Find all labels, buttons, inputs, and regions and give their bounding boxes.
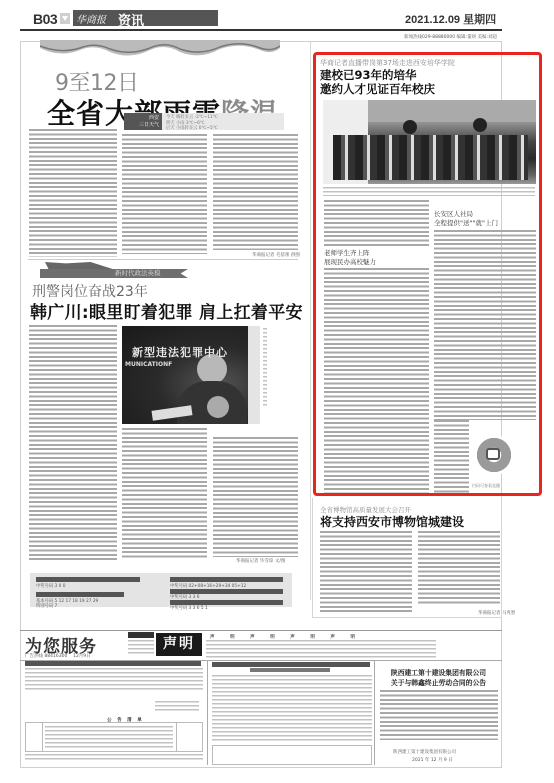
weather-forecast-label: 西安三日天气 <box>124 113 162 130</box>
right-notice-title-line: 关于与韩鑫终止劳动合同的公告 <box>376 678 501 688</box>
masthead-rule <box>20 29 502 31</box>
weather-byline: 华商报记者 毛蓓蕾 供图 <box>252 252 300 258</box>
school-subhead-1: 老师学生齐上阵展现民办高校魅力 <box>324 249 376 267</box>
ad-hotline-number: 广告热线 88416300 <box>25 654 67 659</box>
right-notice-company: 陕西建工第十建设集团有限公司 <box>393 749 456 755</box>
lottery-value: 中奖号码 3 3 6 5 1 <box>170 605 208 611</box>
statement-badge: 声明 <box>156 633 202 656</box>
police-photo <box>122 326 257 424</box>
police-body-col3 <box>213 437 298 557</box>
section-divider <box>28 259 298 260</box>
qr-caption: 扫码可查看直播 <box>472 483 500 489</box>
ad-hotline: 广告热线 88416300 12月9日 <box>25 653 91 659</box>
ad-column-divider <box>207 660 208 765</box>
school-body-col1b <box>324 268 429 493</box>
page-number: B03 <box>33 11 57 27</box>
lottery-title-bar <box>36 592 124 597</box>
paper-logo: 华商报 <box>76 11 106 26</box>
ad-column-divider <box>374 660 375 765</box>
ad-date: 12月9日 <box>73 654 91 659</box>
photo-background <box>248 326 260 424</box>
school-kicker: 华商记者直播带岗第37场走进西安培华学院 <box>320 58 455 68</box>
section-title: 资讯 <box>118 10 144 29</box>
left-notice-signature-lines <box>155 701 199 713</box>
group-photo <box>323 100 536 184</box>
police-body-col1 <box>29 325 117 560</box>
notice-table <box>25 722 203 752</box>
triangle-icon <box>60 13 70 24</box>
school-title-line2: 邀约人才见证百年校庆 <box>320 82 435 96</box>
weather-body-col3 <box>213 134 298 250</box>
school-photo-caption <box>323 187 535 196</box>
left-notice-title-bar <box>25 661 201 666</box>
lottery-value-extra: 特别号码 7 <box>36 603 57 609</box>
middle-notice-subtitle-bar <box>250 668 330 672</box>
subhead-line: 展现民办高校魅力 <box>324 258 376 267</box>
lottery-title-bar <box>170 589 283 594</box>
middle-notice-title-bar <box>212 662 370 667</box>
weather-body-col2 <box>122 134 207 254</box>
weather-body-col1 <box>29 129 117 257</box>
news-hotline: 新闻热线029-88880000 编辑:董妍 美编:刘超 <box>404 34 497 40</box>
subhead-line: 老师学生齐上阵 <box>324 249 376 258</box>
police-photo-caption <box>263 328 267 408</box>
tv-icon <box>486 448 500 460</box>
subhead-line: 全程提供"送""就"上门 <box>434 219 498 228</box>
right-notice-date: 2021 年 12 月 9 日 <box>412 757 453 763</box>
police-body-col2 <box>122 428 207 560</box>
small-ad-body <box>128 640 154 656</box>
right-notice-title: 陕西建工第十建设集团有限公司关于与韩鑫终止劳动合同的公告 <box>376 668 501 688</box>
issue-date: 2021.12.09 星期四 <box>405 11 496 27</box>
left-notice-footer <box>25 754 203 762</box>
section-ribbon <box>40 269 188 278</box>
museum-frame <box>312 498 502 618</box>
forecast-row: 后天 小雨转多云 0℃~5℃ <box>166 125 218 131</box>
police-byline: 华商报记者 毕雪琼 文/图 <box>236 558 285 564</box>
small-ad-header <box>128 632 154 638</box>
lottery-title-bar <box>170 600 283 605</box>
school-body-col2b <box>434 420 469 495</box>
photo-sign-en: MUNICATIONF <box>125 361 172 368</box>
photo-sign-text: 新型违法犯罪中心 <box>132 344 228 360</box>
lottery-title-bar <box>170 577 283 582</box>
subhead-line: 长安区人社局 <box>434 210 498 219</box>
middle-notice-body <box>212 675 372 743</box>
school-body-col1 <box>324 200 429 248</box>
middle-notice-table <box>212 745 372 765</box>
police-headline-big: 韩广川:眼里盯着犯罪 肩上扛着平安 <box>30 298 303 323</box>
column-divider <box>310 42 311 600</box>
cloud-decoration-icon <box>40 40 280 62</box>
right-notice-title-line: 陕西建工第十建设集团有限公司 <box>376 668 501 678</box>
statement-notices <box>206 640 436 658</box>
school-title: 建校已93年的培华邀约人才见证百年校庆 <box>320 68 435 96</box>
section-ribbon-text: 新时代政法英模 <box>115 268 161 277</box>
school-subhead-2: 长安区人社局全程提供"送""就"上门 <box>434 210 498 228</box>
lottery-value: 中奖号码 3 0 0 <box>36 583 66 589</box>
right-notice-body <box>380 690 498 740</box>
left-notice-body <box>25 668 203 690</box>
school-title-line1: 建校已93年的培华 <box>320 68 435 82</box>
lottery-title-bar <box>36 577 140 582</box>
school-body-col2 <box>434 230 536 420</box>
forecast-days: 三日天气 <box>124 122 159 129</box>
